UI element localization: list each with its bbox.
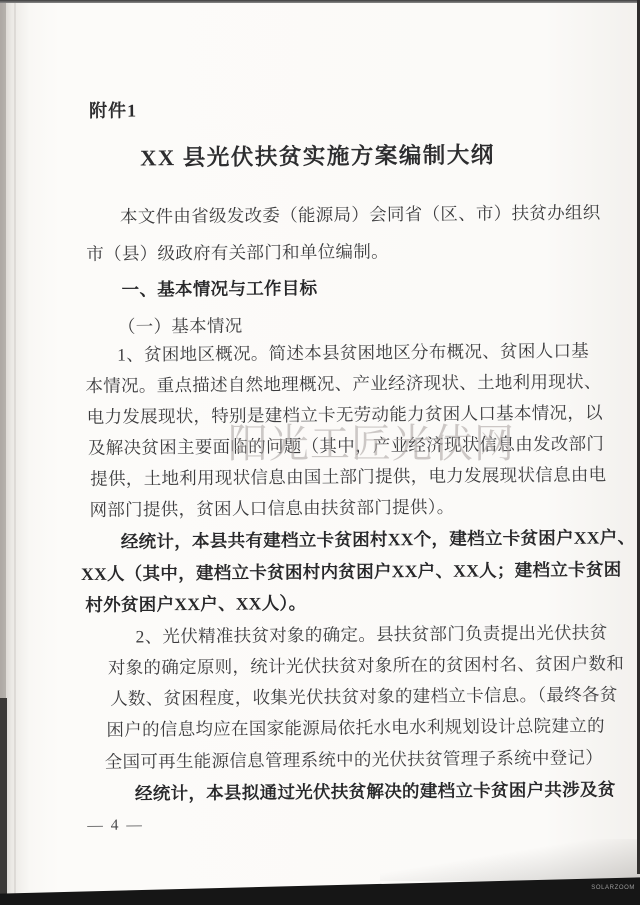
- attachment-label: 附件1: [89, 101, 137, 119]
- document-content: 附件1 XX 县光伏扶贫实施方案编制大纲 本文件由省级发改委（能源局）会同省（区…: [0, 0, 640, 905]
- text-line: 网部门提供，贫困人口信息由扶贫部门提供）。: [89, 499, 454, 520]
- text-line: 电力发展现状，特别是建档立卡无劳动能力贫困人口基本情况，以: [87, 404, 603, 426]
- section-heading: 一、基本情况与工作目标: [122, 280, 318, 299]
- text-line: 全国可再生能源信息管理系统中的光伏扶贫管理子系统中登记）: [105, 749, 604, 771]
- text-line: 市（县）级政府有关部门和单位编制。: [86, 243, 389, 263]
- text-line: XX人（其中，建档立卡贫困村内贫困户XX户、XX人；建档立卡贫困: [81, 561, 622, 583]
- page-number: — 4 —: [87, 817, 144, 833]
- text-line: 村外贫困户XX户、XX人）。: [85, 595, 306, 614]
- text-line: 1、贫困地区概况。简述本县贫困地区分布概况、贫困人口基: [117, 343, 589, 365]
- text-line: 本情况。重点描述自然地理概况、产业经济现状、土地利用现状、: [85, 373, 601, 395]
- text-line: 困户的信息均应在国家能源局依托水电水利规划设计总院建立的: [106, 717, 605, 739]
- text-line: 及解决贫困主要面临的问题（其中，产业经济现状信息由发改部门: [88, 435, 604, 457]
- text-line: 经统计，本县共有建档立卡贫困村XX个，建档立卡贫困户XX户、: [121, 529, 636, 551]
- text-line: 经统计，本县拟通过光伏扶贫解决的建档立卡贫困户共涉及贫: [135, 781, 616, 803]
- text-line: 提供，土地利用现状信息由国土部门提供，电力发展现状信息由电: [90, 466, 606, 488]
- corner-watermark: SOLARZOOM: [591, 885, 635, 891]
- document-page: 阳光工匠光伏网 SOLARZOOM 附件1 XX 县光伏扶贫实施方案编制大纲 本…: [0, 0, 640, 905]
- document-title: XX 县光伏扶贫实施方案编制大纲: [0, 143, 638, 171]
- text-line: 人数、贫困程度，收集光伏扶贫对象的建档立卡信息。（最终各贫: [110, 686, 618, 708]
- sub-heading: （一）基本情况: [118, 318, 243, 337]
- text-line: 2、光伏精准扶贫对象的确定。县扶贫部门负责提出光伏扶贫: [136, 624, 608, 646]
- text-line: 本文件由省级发改委（能源局）会同省（区、市）扶贫办组织: [120, 204, 601, 226]
- text-line: 对象的确定原则，统计光伏扶贫对象所在的贫困村名、贫困户数和: [108, 655, 624, 677]
